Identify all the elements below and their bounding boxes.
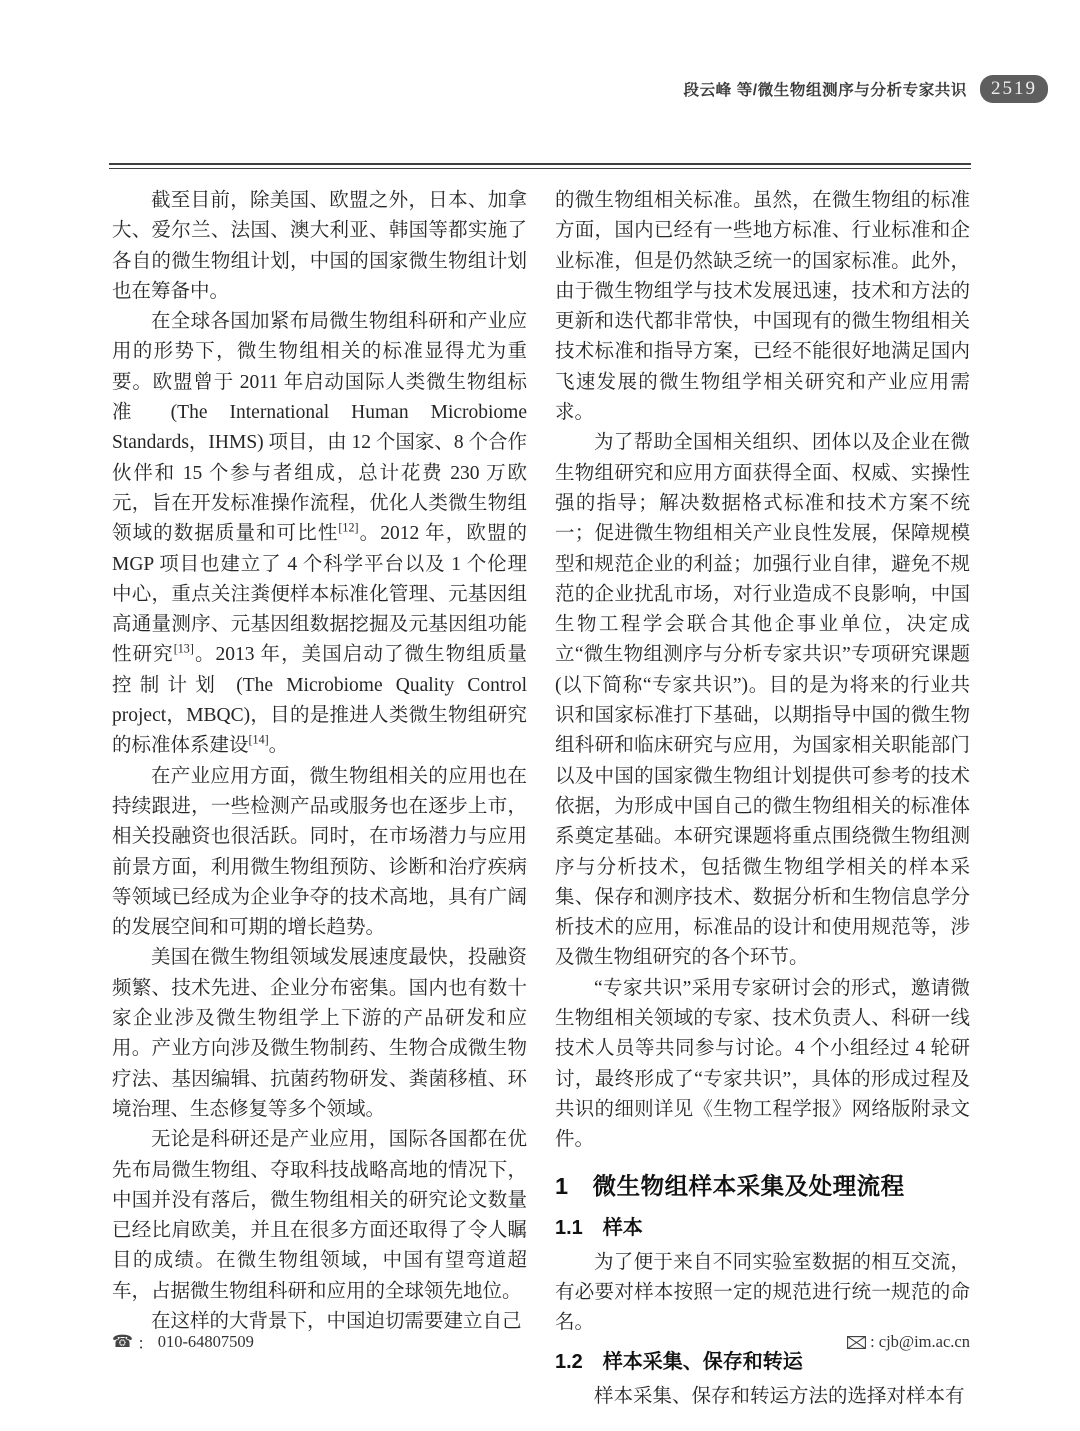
phone-number: 010-64807509	[158, 1332, 254, 1352]
page-body: 截至目前，除美国、欧盟之外，日本、加拿大、爱尔兰、法国、澳大利亚、韩国等都实施了…	[112, 186, 970, 1413]
body-paragraph: 无论是科研还是产业应用，国际各国都在优先布局微生物组、夺取科技战略高地的情况下，…	[112, 1125, 527, 1307]
body-paragraph: “专家共识”采用专家研讨会的形式，邀请微生物组相关领域的专家、技术负责人、科研一…	[555, 974, 970, 1156]
section-heading-1: 1 微生物组样本采集及处理流程	[555, 1170, 970, 1202]
page-number-badge: 2519	[980, 75, 1048, 103]
body-paragraph: 样本采集、保存和转运方法的选择对样本有	[555, 1382, 970, 1412]
right-column: 的微生物组相关标准。虽然，在微生物组的标准方面，国内已经有一些地方标准、行业标准…	[555, 186, 970, 1413]
left-column: 截至目前，除美国、欧盟之外，日本、加拿大、爱尔兰、法国、澳大利亚、韩国等都实施了…	[112, 186, 527, 1413]
running-title: 段云峰 等/微生物组测序与分析专家共识	[683, 78, 967, 100]
body-paragraph: 在全球各国加紧布局微生物组科研和产业应用的形势下，微生物组相关的标准显得尤为重要…	[112, 307, 527, 761]
page-header: 段云峰 等/微生物组测序与分析专家共识 2519	[0, 74, 1048, 104]
journal-page: 段云峰 等/微生物组测序与分析专家共识 2519 截至目前，除美国、欧盟之外，日…	[0, 0, 1080, 1431]
body-paragraph: 在产业应用方面，微生物组相关的应用也在持续跟进，一些检测产品或服务也在逐步上市，…	[112, 762, 527, 944]
email-contact: : cjb@im.ac.cn	[847, 1332, 970, 1352]
header-rule	[109, 163, 971, 169]
body-paragraph: 为了便于来自不同实验室数据的相互交流，有必要对样本按照一定的规范进行统一规范的命…	[555, 1248, 970, 1339]
body-paragraph: 的微生物组相关标准。虽然，在微生物组的标准方面，国内已经有一些地方标准、行业标准…	[555, 186, 970, 428]
phone-icon: ☎	[112, 1332, 133, 1352]
email-icon	[847, 1336, 866, 1349]
phone-contact: ☎：010-64807509	[112, 1330, 254, 1354]
phone-separator: ：	[137, 1330, 154, 1354]
section-heading-1-1: 1.1 样本	[555, 1213, 970, 1243]
body-paragraph: 为了帮助全国相关组织、团体以及企业在微生物组研究和应用方面获得全面、权威、实操性…	[555, 428, 970, 973]
email-separator: :	[870, 1332, 875, 1352]
email-address: cjb@im.ac.cn	[879, 1332, 970, 1352]
page-footer: ☎：010-64807509 : cjb@im.ac.cn	[112, 1330, 970, 1354]
body-paragraph: 美国在微生物组领域发展速度最快，投融资频繁、技术先进、企业分布密集。国内也有数十…	[112, 943, 527, 1125]
body-paragraph: 截至目前，除美国、欧盟之外，日本、加拿大、爱尔兰、法国、澳大利亚、韩国等都实施了…	[112, 186, 527, 307]
